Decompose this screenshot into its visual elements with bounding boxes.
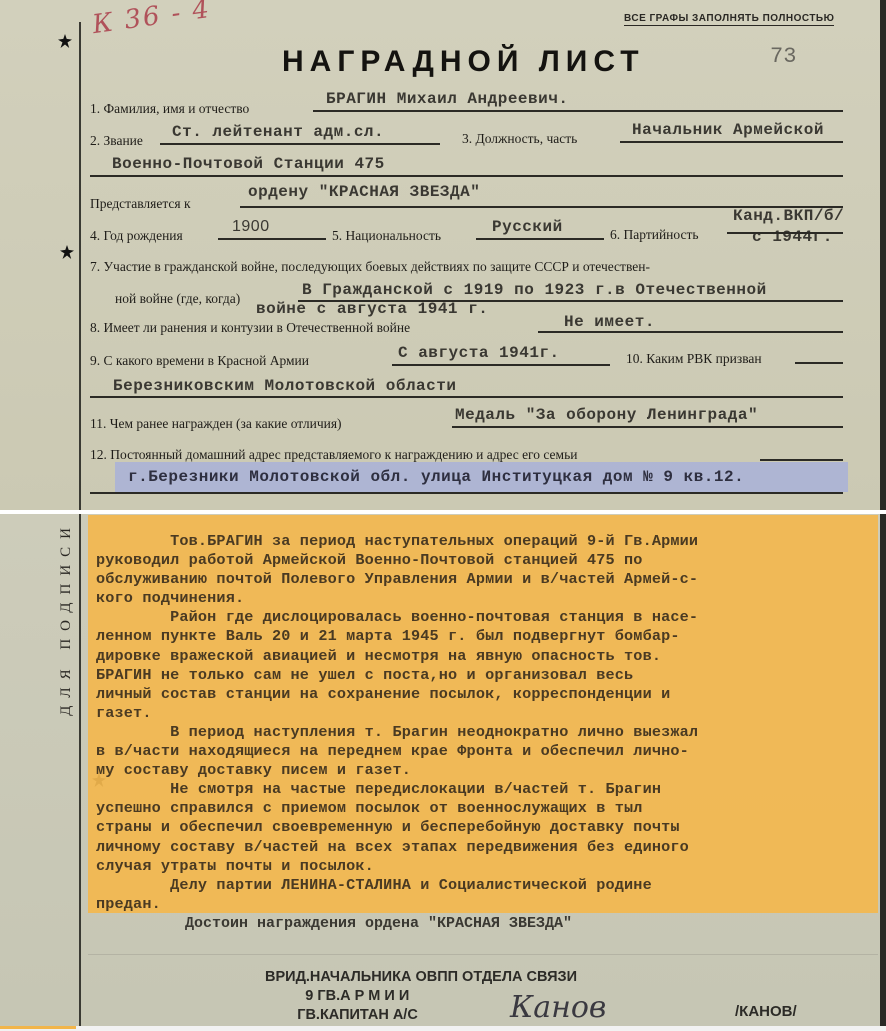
- fill-instruction: ВСЕ ГРАФЫ ЗАПОЛНЯТЬ ПОЛНОСТЬЮ: [624, 13, 834, 26]
- field-4-value: 1900: [232, 218, 270, 236]
- field-5-label: 5. Национальность: [332, 228, 441, 244]
- narrative-line: личный состав станции на сохранение посы…: [96, 685, 876, 704]
- narrative-line: му составу доставку писем и газет.: [96, 761, 876, 780]
- award-narrative: Тов.БРАГИН за период наступательных опер…: [96, 532, 876, 914]
- narrative-line: Не смотря на частые передислокации в/час…: [96, 780, 876, 799]
- field-8-underline: [538, 331, 843, 333]
- field-6-value: Канд.ВКП/б/: [733, 207, 844, 225]
- narrative-line: случая утраты почты и посылок.: [96, 857, 876, 876]
- conclusion-text: Достоин награждения ордена "КРАСНАЯ ЗВЕЗ…: [185, 915, 572, 932]
- sheet-number: 73: [770, 44, 796, 69]
- field-10-underline: [795, 362, 843, 364]
- field-2-underline: [160, 143, 440, 145]
- field-1-label: 1. Фамилия, имя и отчество: [90, 101, 249, 117]
- handwritten-signature: Канов: [510, 990, 606, 1025]
- narrative-line: В период наступления т. Брагин неоднокра…: [96, 723, 876, 742]
- field-1-value: БРАГИН Михаил Андреевич.: [326, 90, 568, 108]
- field-10-label: 10. Каким РВК призван: [626, 351, 762, 367]
- narrative-line: кого подчинения.: [96, 589, 876, 608]
- scan-border: [880, 0, 886, 510]
- narrative-line: личному составу в/частей на всех этапах …: [96, 838, 876, 857]
- narrative-line: БРАГИН не только сам не ушел с поста,но …: [96, 666, 876, 685]
- field-12-label: 12. Постоянный домашний адрес представля…: [90, 447, 577, 463]
- narrative-line: страны и обеспечил своевременную и беспе…: [96, 818, 876, 837]
- field-6-label: 6. Партийность: [610, 227, 699, 243]
- field-6-underline: [727, 232, 843, 234]
- field-8-value: Не имеет.: [564, 313, 655, 331]
- narrative-line: дировке вражеской авиацией и несмотря на…: [96, 647, 876, 666]
- field-3-underline-continued: [90, 175, 843, 177]
- field-1-underline: [313, 110, 843, 112]
- field-3-value-continued: Военно-Почтовой Станции 475: [112, 155, 385, 173]
- field-11-underline: [452, 426, 843, 428]
- scan-border: [880, 514, 886, 1026]
- field-8-label: 8. Имеет ли ранения и контузии в Отечест…: [90, 320, 410, 336]
- field-11-label: 11. Чем ранее награжден (за какие отличи…: [90, 416, 342, 432]
- narrative-line: предан.: [96, 895, 876, 914]
- divider-line: [88, 954, 878, 955]
- narrative-line: газет.: [96, 704, 876, 723]
- field-9-label: 9. С какого времени в Красной Армии: [90, 353, 309, 369]
- field-12-value: г.Березники Молотовской обл. улица Инсти…: [128, 468, 744, 486]
- narrative-line: обслуживанию почтой Полевого Управления …: [96, 570, 876, 589]
- award-label: Представляется к: [90, 196, 191, 212]
- field-7-value-continued: войне с августа 1941 г.: [256, 300, 488, 318]
- field-7-value: В Гражданской с 1919 по 1923 г.в Отечест…: [302, 281, 767, 299]
- field-6-value-continued: с 1944г.: [752, 228, 833, 246]
- field-7-label-continued: ной войне (где, когда): [115, 291, 240, 307]
- field-12-underline-continued: [90, 492, 843, 494]
- field-5-value: Русский: [492, 218, 563, 236]
- field-10-underline-continued: [90, 396, 843, 398]
- narrative-line: Делу партии ЛЕНИНА-СТАЛИНА и Социалистич…: [96, 876, 876, 895]
- narrative-line: в в/части находящиеся на переднем крае Ф…: [96, 742, 876, 761]
- award-value: ордену "КРАСНАЯ ЗВЕЗДА": [248, 183, 480, 201]
- margin-label-for-signature: ДЛЯ ПОДПИСИ: [58, 520, 75, 716]
- scan-bottom-edge: [0, 1026, 886, 1031]
- field-9-value: С августа 1941г.: [398, 344, 560, 362]
- field-10-value: Березниковским Молотовской области: [113, 377, 456, 395]
- narrative-line: успешно справился с приемом посылок от в…: [96, 799, 876, 818]
- field-11-value: Медаль "За оборону Ленинграда": [455, 406, 758, 424]
- field-4-label: 4. Год рождения: [90, 228, 183, 244]
- field-3-value: Начальник Армейской: [632, 121, 824, 139]
- field-3-underline: [620, 141, 843, 143]
- narrative-line: Район где дислоцировалась военно-почтова…: [96, 608, 876, 627]
- document-title: НАГРАДНОЙ ЛИСТ: [282, 45, 645, 79]
- narrative-line: ленном пункте Валь 20 и 21 марта 1945 г.…: [96, 627, 876, 646]
- field-7-label: 7. Участие в гражданской войне, последую…: [90, 259, 650, 275]
- field-2-label: 2. Звание: [90, 133, 143, 149]
- margin-line: [79, 22, 81, 510]
- narrative-line: Тов.БРАГИН за период наступательных опер…: [96, 532, 876, 551]
- field-5-underline: [476, 238, 604, 240]
- signer-name: /КАНОВ/: [735, 1003, 797, 1020]
- margin-line: [79, 514, 81, 1026]
- narrative-line: руководил работой Армейской Военно-Почто…: [96, 551, 876, 570]
- field-4-underline: [218, 238, 326, 240]
- field-3-label: 3. Должность, часть: [462, 131, 577, 147]
- field-2-value: Ст. лейтенант адм.сл.: [172, 123, 384, 141]
- field-9-underline: [392, 364, 610, 366]
- field-12-underline: [760, 459, 843, 461]
